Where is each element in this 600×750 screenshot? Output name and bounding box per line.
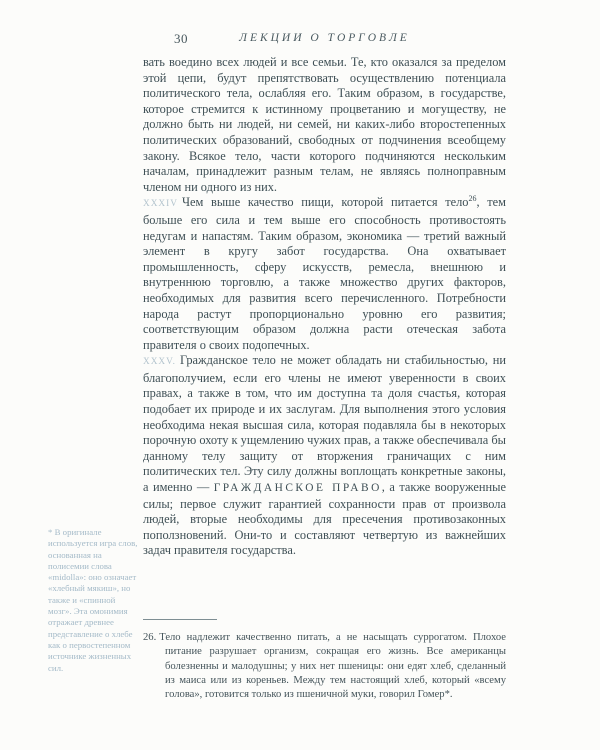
paragraph-continuation: вать воедино всех людей и все семьи. Те,…: [143, 55, 506, 195]
footnote-number: 26.: [143, 632, 156, 643]
paragraph-xxxv: XXXV.Гражданское тело не может обладать …: [143, 353, 506, 559]
footnote-separator: [143, 619, 217, 620]
section-numeral-xxxiv: XXXIV: [143, 199, 178, 209]
section-numeral-xxxv: XXXV.: [143, 357, 176, 367]
paragraph-text: Гражданское тело не может обладать ни ст…: [143, 353, 506, 494]
paragraph-text: Чем выше качество пищи, которой питается…: [182, 195, 469, 209]
footnote-ref-26: 26: [469, 194, 477, 203]
footnote-text: Тело надлежит качественно питать, а не н…: [159, 632, 506, 700]
paragraph-text: , тем больше его сила и тем выше его спо…: [143, 195, 506, 351]
margin-sidenote: * В оригинале используется игра слов, ос…: [48, 527, 139, 674]
book-page: 30 ЛЕКЦИИ О ТОРГОВЛЕ вать воедино всех л…: [0, 0, 600, 750]
body-text-column: вать воедино всех людей и все семьи. Те,…: [143, 55, 506, 559]
spaced-caps-phrase: ГРАЖДАНСКОЕ ПРАВО: [214, 482, 382, 494]
footnote: 26.Тело надлежит качественно питать, а н…: [143, 631, 506, 702]
paragraph-xxxiv: XXXIVЧем выше качество пищи, которой пит…: [143, 195, 506, 353]
running-title: ЛЕКЦИИ О ТОРГОВЛЕ: [143, 32, 506, 44]
